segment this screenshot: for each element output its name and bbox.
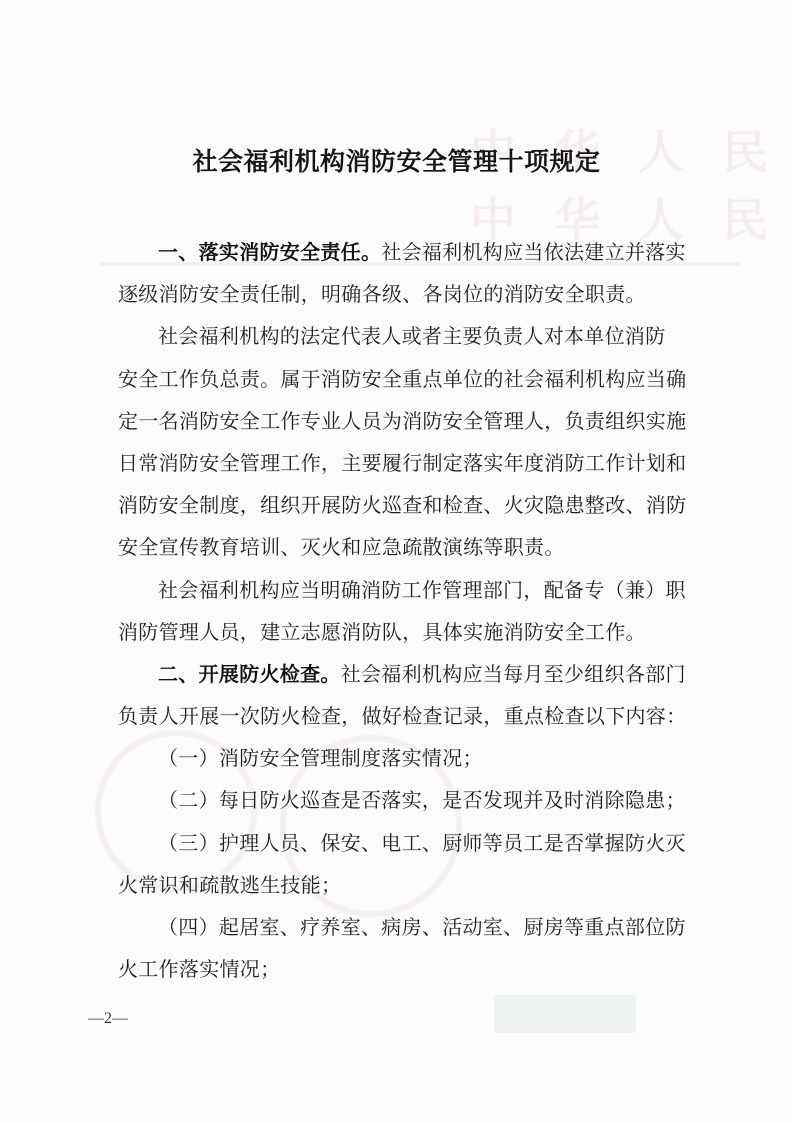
text-line: 社会福利机构应当明确消防工作管理部门，配备专（兼）职 <box>118 569 678 611</box>
list-item: （三）护理人员、保安、电工、厨师等员工是否掌握防火灭 火常识和疏散逃生技能； <box>118 822 678 906</box>
section-heading: 二、开展防火检查。 <box>158 662 341 686</box>
list-item: （一）消防安全管理制度落实情况； <box>118 737 678 779</box>
text-line: 定一名消防安全工作专业人员为消防安全管理人，负责组织实施 <box>118 400 678 442</box>
text-line: 消防管理人员，建立志愿消防队，具体实施消防安全工作。 <box>118 611 678 653</box>
text-line: 火常识和疏散逃生技能； <box>118 864 678 906</box>
text-line: 二、开展防火检查。社会福利机构应当每月至少组织各部门 <box>118 653 678 695</box>
text-line: 负责人开展一次防火检查，做好检查记录，重点检查以下内容： <box>118 695 678 737</box>
section-2: 二、开展防火检查。社会福利机构应当每月至少组织各部门 负责人开展一次防火检查，做… <box>118 653 678 991</box>
text-line: （四）起居室、疗养室、病房、活动室、厨房等重点部位防 <box>118 906 678 948</box>
text-line: 消防安全制度，组织开展防火巡查和检查、火灾隐患整改、消防 <box>118 484 678 526</box>
text-line: （二）每日防火巡查是否落实，是否发现并及时消除隐患； <box>118 779 678 821</box>
line-text: 社会福利机构应当依法建立并落实 <box>381 240 686 264</box>
line-text: 社会福利机构应当每月至少组织各部门 <box>341 662 686 686</box>
document-body: 一、落实消防安全责任。社会福利机构应当依法建立并落实 逐级消防安全责任制，明确各… <box>118 231 678 990</box>
section-1: 一、落实消防安全责任。社会福利机构应当依法建立并落实 逐级消防安全责任制，明确各… <box>118 231 678 653</box>
text-line: 一、落实消防安全责任。社会福利机构应当依法建立并落实 <box>118 231 678 273</box>
page-number: —2— <box>88 1010 128 1028</box>
list-item: （四）起居室、疗养室、病房、活动室、厨房等重点部位防 火工作落实情况； <box>118 906 678 990</box>
text-line: （三）护理人员、保安、电工、厨师等员工是否掌握防火灭 <box>118 822 678 864</box>
paragraph: 二、开展防火检查。社会福利机构应当每月至少组织各部门 负责人开展一次防火检查，做… <box>118 653 678 737</box>
paragraph: 社会福利机构的法定代表人或者主要负责人对本单位消防 安全工作负总责。属于消防安全… <box>118 315 678 568</box>
text-line: 社会福利机构的法定代表人或者主要负责人对本单位消防 <box>118 315 678 357</box>
section-heading: 一、落实消防安全责任。 <box>158 240 381 264</box>
text-line: 安全宣传教育培训、灭火和应急疏散演练等职责。 <box>118 526 678 568</box>
document-title: 社会福利机构消防安全管理十项规定 <box>0 142 793 178</box>
text-line: 逐级消防安全责任制，明确各级、各岗位的消防安全职责。 <box>118 273 678 315</box>
list-item: （二）每日防火巡查是否落实，是否发现并及时消除隐患； <box>118 779 678 821</box>
text-line: 日常消防安全管理工作，主要履行制定落实年度消防工作计划和 <box>118 442 678 484</box>
text-line: 安全工作负总责。属于消防安全重点单位的社会福利机构应当确 <box>118 358 678 400</box>
text-line: （一）消防安全管理制度落实情况； <box>118 737 678 779</box>
text-line: 火工作落实情况； <box>118 948 678 990</box>
paragraph: 一、落实消防安全责任。社会福利机构应当依法建立并落实 逐级消防安全责任制，明确各… <box>118 231 678 315</box>
paragraph: 社会福利机构应当明确消防工作管理部门，配备专（兼）职 消防管理人员，建立志愿消防… <box>118 569 678 653</box>
bleed-through-block <box>494 995 636 1033</box>
